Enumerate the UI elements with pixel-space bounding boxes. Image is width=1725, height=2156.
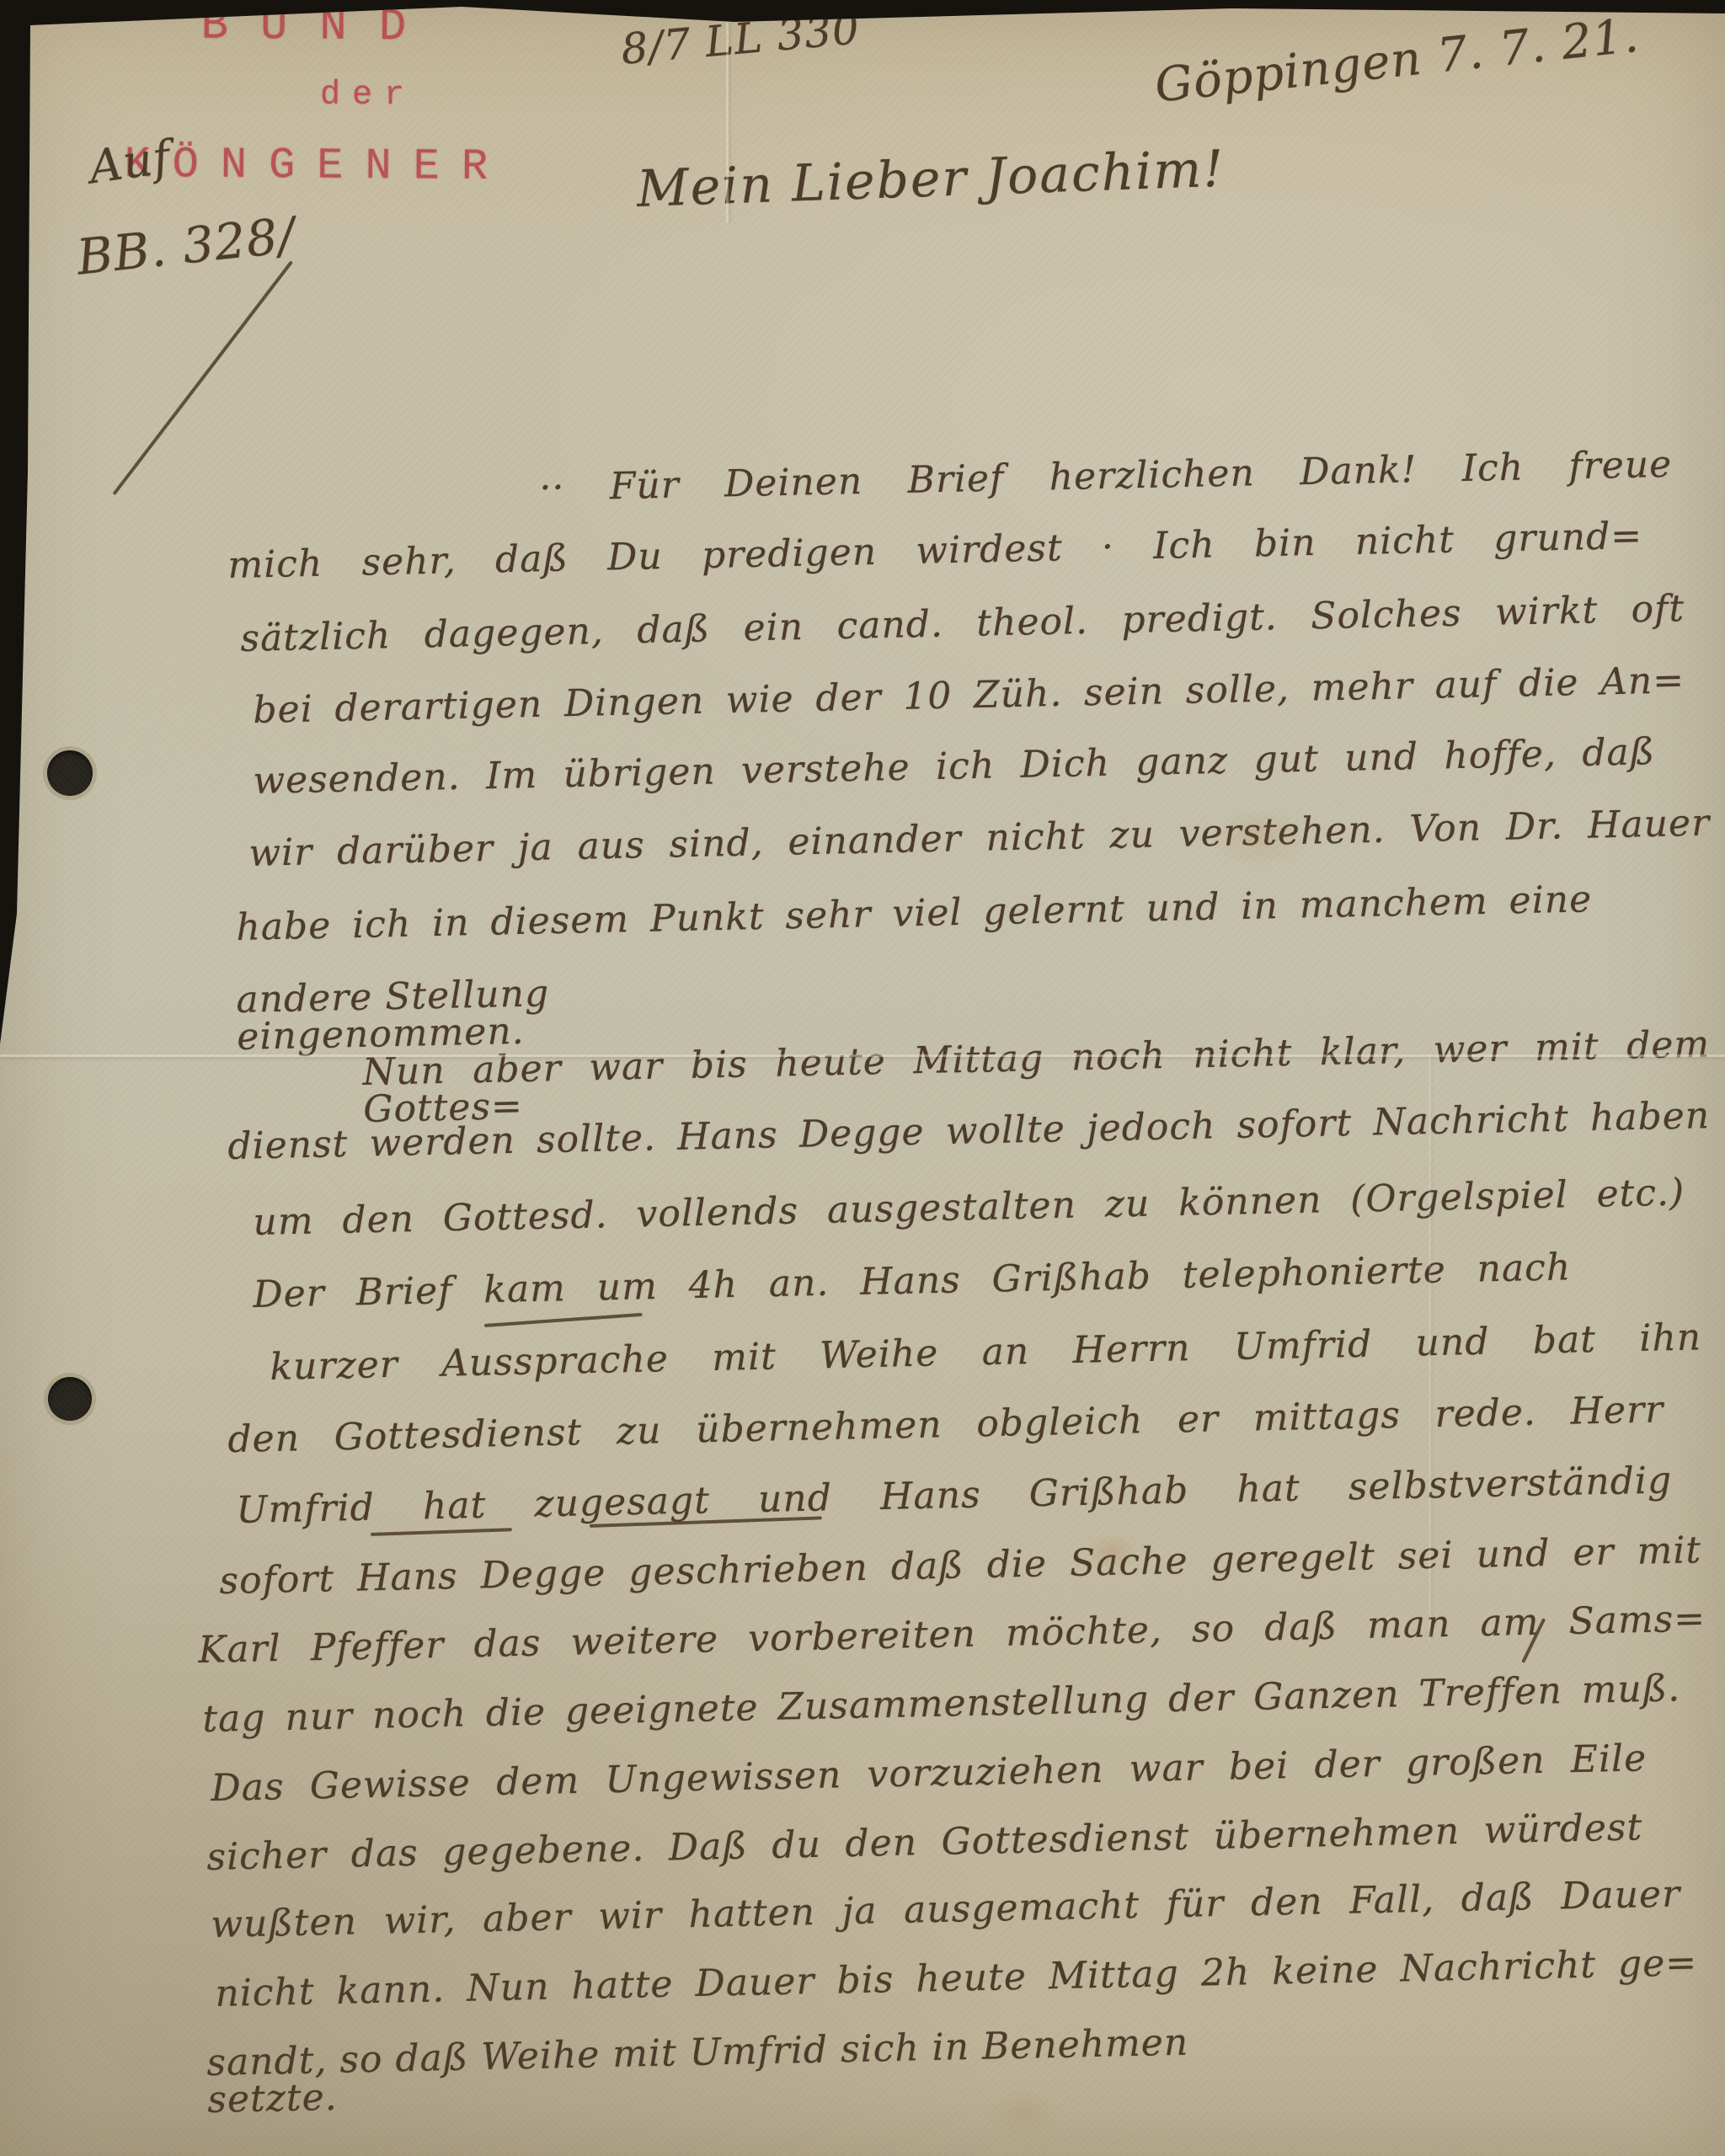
handwriting-line: wir darüber ja aus sind, einander nicht … [248,805,1711,873]
salutation: Mein Lieber Joachim! [636,140,1226,219]
handwriting-line: Karl Pfeffer das weitere vorbereiten möc… [198,1601,1706,1669]
handwriting-line: bei derartigen Dingen wie der 10 Züh. se… [253,662,1685,729]
vertical-fold-crease-top [726,0,729,223]
handwriting-line: Das Gewisse dem Ungewissen vorzuziehen w… [211,1740,1648,1807]
registry-note: 8/7 LL 330 [619,4,862,74]
punch-hole [47,750,93,796]
handwriting-line: tag nur noch die geeignete Zusammenstell… [202,1670,1681,1738]
stamp-line-3: KÖNGENER [124,140,621,193]
file-number-slash [112,260,293,495]
underline-hat [371,1528,512,1536]
stamp-line-1: BUND [200,1,622,55]
organization-stamp: BUND der KÖNGENER [115,0,622,193]
handwriting-line: Der Brief kam um 4h an. Hans Grißhab tel… [253,1249,1572,1314]
handwriting-line: sandt, so daß Weihe mit Umfrid sich in B… [206,2022,1303,2119]
handwriting-line: ·· Für Deinen Brief herzlichen Dank! Ich… [539,446,1673,507]
handwriting-line: wußten wir, aber wir hatten ja ausgemach… [211,1876,1681,1944]
punch-hole [48,1377,92,1421]
underline-4h-an [484,1313,643,1327]
vertical-fold-crease-right [1429,1053,1431,1642]
handwriting-line: sicher das gegebene. Daß du den Gottesdi… [206,1809,1643,1876]
handwriting-line: kurzer Aussprache mit Weihe an Herrn Umf… [270,1319,1702,1386]
place-date: Göppingen 7. 7. 21. [1152,8,1642,114]
handwriting-line: sofort Hans Degge geschrieben daß die Sa… [219,1532,1702,1600]
reply-note-word: Auf [86,131,174,195]
letter-paper: BUND der KÖNGENER 8/7 LL 330 Auf BB. 328… [0,0,1725,2156]
handwriting-line: Umfrid hat zugesagt und Hans Grißhab hat… [236,1462,1673,1529]
handwriting-line: um den Gottesd. vollends ausgestalten zu… [253,1174,1685,1241]
scanned-letter-page: BUND der KÖNGENER 8/7 LL 330 Auf BB. 328… [0,0,1725,2156]
handwriting-line: wesenden. Im übrigen verstehe ich Dich g… [253,734,1656,800]
stamp-line-2: der [320,77,622,116]
handwriting-line: habe ich in diesem Punkt sehr viel geler… [236,881,1593,947]
horizontal-fold-crease [0,1054,1725,1057]
reply-note-number: BB. 328/ [74,206,298,286]
handwriting-line: den Gottesdienst zu übernehmen obgleich … [227,1391,1664,1459]
handwriting-line: sätzlich dagegen, daß ein cand. theol. p… [240,590,1685,658]
handwriting-line: mich sehr, daß Du predigen wirdest · Ich… [227,518,1643,584]
handwriting-line: nicht kann. Nun hatte Dauer bis heute Mi… [215,1945,1698,2013]
